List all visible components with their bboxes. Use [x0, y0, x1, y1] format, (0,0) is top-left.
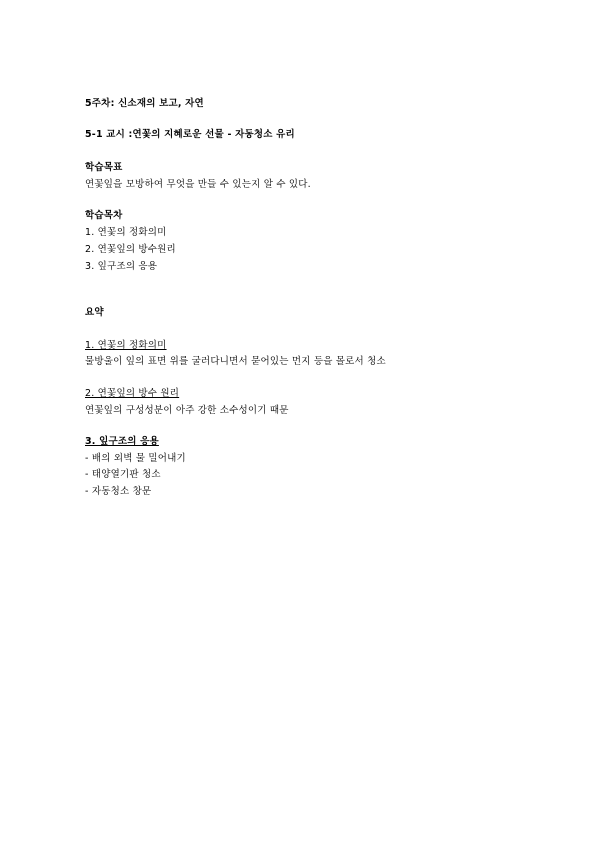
summary-section-title: 3. 잎구조의 응용: [85, 436, 159, 448]
contents-item: 2. 연꽃잎의 방수원리: [85, 244, 176, 256]
summary-section-title: 1. 연꽃의 정화의미: [85, 340, 167, 352]
lesson-title: 5-1 교시 :연꽃의 지혜로운 선물 - 자동청소 유리: [85, 129, 295, 141]
summary-heading: 요약: [85, 307, 104, 319]
objective-heading: 학습목표: [85, 162, 123, 174]
week-title: 5주차: 신소재의 보고, 자연: [85, 98, 204, 110]
objective-text: 연꽃잎을 모방하여 무엇을 만들 수 있는지 알 수 있다.: [85, 179, 311, 191]
summary-bullet: - 배의 외벽 물 밀어내기: [85, 453, 186, 465]
contents-heading: 학습목차: [85, 210, 123, 222]
summary-section-text: 연꽃잎의 구성성분이 아주 강한 소수성이기 때문: [85, 405, 289, 417]
summary-bullet: - 자동청소 창문: [85, 486, 151, 498]
summary-bullet: - 태양열기판 청소: [85, 469, 161, 481]
contents-item: 1. 연꽃의 정화의미: [85, 227, 167, 239]
summary-section-title: 2. 연꽃잎의 방수 원리: [85, 388, 179, 400]
summary-section-text: 물방울이 잎의 표면 위를 굴러다니면서 묻어있는 먼지 등을 몰로서 청소: [85, 356, 386, 368]
contents-item: 3. 잎구조의 응용: [85, 261, 157, 273]
